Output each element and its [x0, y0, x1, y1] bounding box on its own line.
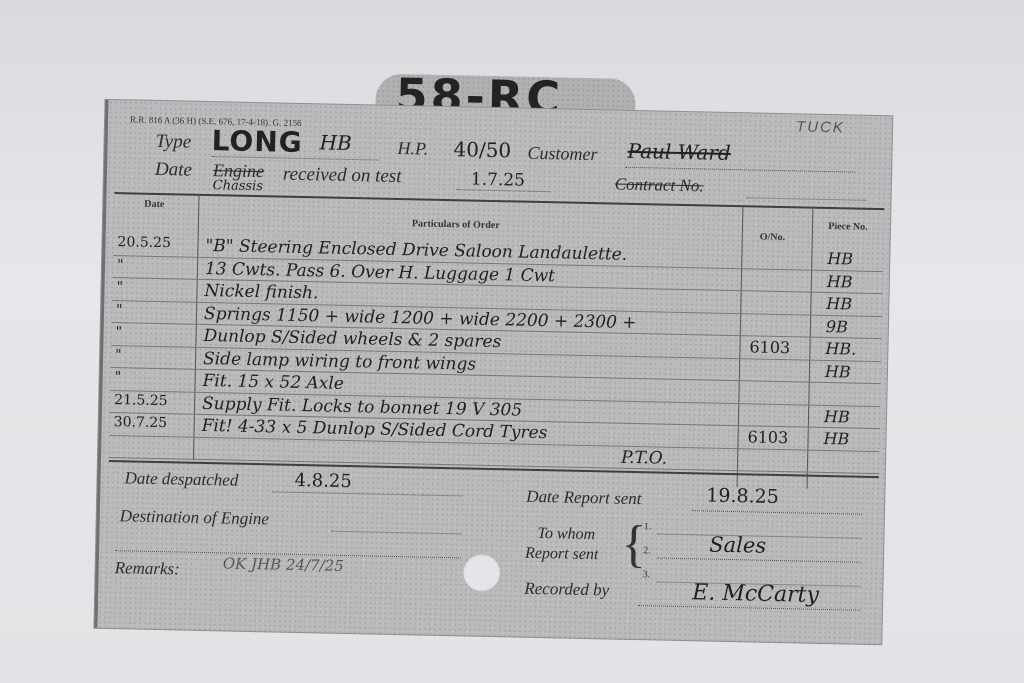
to-whom-value: Sales	[709, 533, 766, 558]
date-report-value: 19.8.25	[706, 485, 779, 509]
row-piece: HB	[827, 271, 853, 291]
row-date: 30.7.25	[114, 414, 168, 431]
tuck-stamp: TUCK	[796, 118, 845, 136]
received-label: received on test	[283, 164, 402, 188]
row-particulars: Fit. 15 x 52 Axle	[202, 371, 344, 394]
record-card: 58-RC R.R. 816 A (36 H) (S.E. 676, 17-4-…	[94, 88, 889, 644]
row-piece: 9B	[826, 316, 848, 335]
to-whom-line-2	[657, 557, 861, 562]
to-whom-number-2: 2.	[643, 545, 651, 556]
date-despatched-label: Date despatched	[124, 468, 238, 490]
particulars-column-rule	[737, 205, 744, 487]
row-piece: HB	[826, 294, 852, 314]
report-sent-label: Report sent	[525, 545, 599, 565]
row-particulars: P.T.O.	[621, 447, 667, 468]
row-piece: HB	[823, 429, 849, 449]
customer-dotted-line	[625, 167, 855, 173]
hp-value: 40/50	[453, 137, 511, 162]
contract-dotted-line	[747, 197, 867, 201]
customer-value: Paul Ward	[627, 139, 731, 165]
row-date: "	[116, 302, 123, 318]
header-ono: O/No.	[760, 232, 786, 244]
row-particulars: Nickel finish.	[204, 281, 318, 303]
recorded-label: Recorded by	[524, 579, 609, 601]
date-label: Date	[155, 159, 192, 182]
card-body: R.R. 816 A (36 H) (S.E. 676, 17-4-18). G…	[94, 100, 892, 644]
ono-column-rule	[807, 207, 814, 489]
remarks-label: Remarks:	[114, 558, 180, 579]
type-value: LONG	[211, 124, 303, 159]
row-piece: HB	[824, 406, 850, 426]
row-piece: HB	[827, 249, 853, 269]
to-whom-number-3: 3.	[643, 569, 651, 580]
received-value: 1.7.25	[471, 170, 525, 191]
header-piece: Piece No.	[828, 221, 868, 233]
table-top-rule	[115, 192, 885, 210]
punch-hole	[462, 553, 501, 592]
destination-dotted-line	[331, 531, 461, 535]
type-initials: HB	[319, 130, 352, 155]
row-date: "	[116, 279, 123, 295]
row-date: "	[117, 257, 124, 273]
row-piece: HB	[825, 361, 851, 381]
date-column-rule	[193, 194, 200, 460]
despatched-dotted-line	[272, 491, 462, 496]
destination-label: Destination of Engine	[120, 506, 270, 529]
header-date: Date	[144, 199, 164, 210]
row-date: "	[115, 347, 122, 363]
header-particulars: Particulars of Order	[412, 218, 500, 231]
recorded-value: E. McCarty	[692, 580, 819, 608]
contract-label: Contract No.	[615, 175, 704, 197]
row-date: "	[115, 369, 122, 385]
customer-label: Customer	[527, 143, 597, 165]
date-despatched-value: 4.8.25	[294, 470, 352, 492]
report-dotted-line	[692, 510, 862, 515]
remarks-value: OK JHB 24/7/25	[223, 554, 344, 575]
row-piece: HB.	[825, 339, 856, 359]
date-report-label: Date Report sent	[526, 487, 642, 509]
chassis-note: Chassis	[213, 178, 264, 194]
to-whom-number-1: 1.	[644, 521, 652, 532]
hp-label: H.P.	[397, 138, 428, 160]
type-label: Type	[155, 131, 191, 154]
row-date: 20.5.25	[117, 234, 171, 251]
to-whom-label: To whom	[537, 525, 595, 544]
row-ono: 6103	[747, 427, 788, 447]
row-date: "	[115, 324, 122, 340]
row-ono: 6103	[749, 337, 790, 357]
row-date: 21.5.25	[114, 392, 168, 409]
